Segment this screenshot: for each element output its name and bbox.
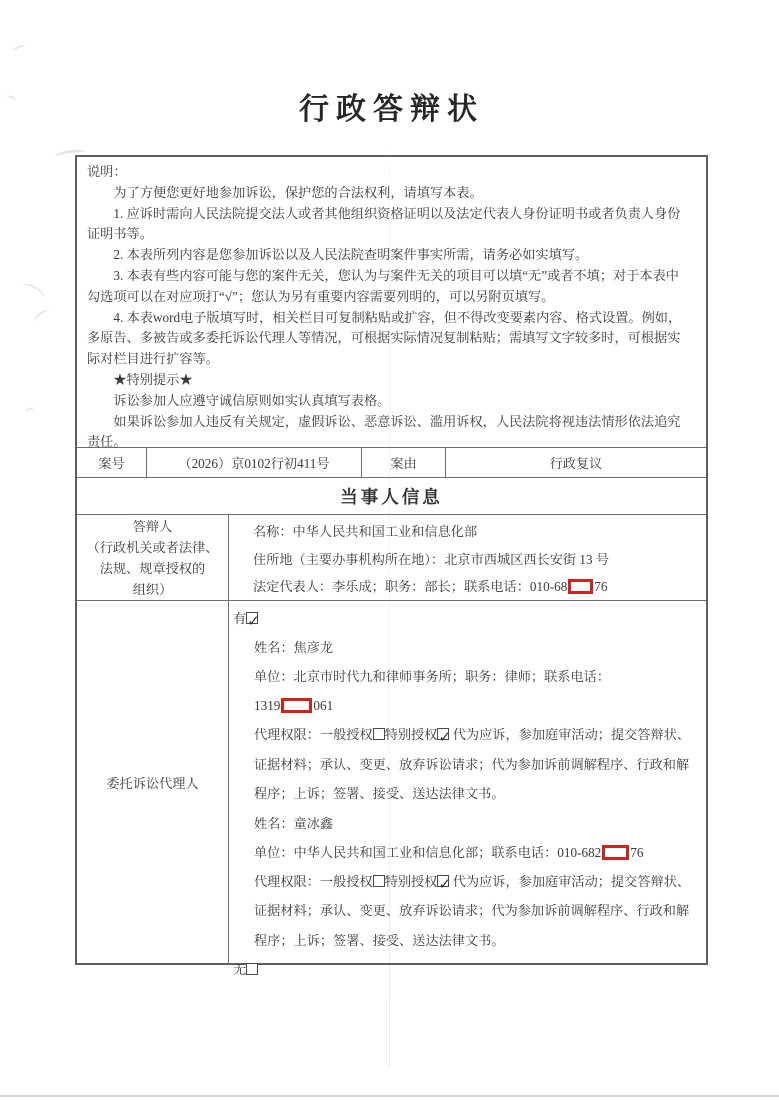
party-info-header: 当事人信息 [77, 478, 706, 515]
respondent-address: 住所地（主要办事机构所在地）：北京市西城区西长安街 13 号 [253, 546, 696, 574]
special-authorization-checkbox-checked [437, 875, 449, 887]
instructions-section: 说明： 为了方便您更好地参加诉讼，保护您的合法权利，请填写本表。 1. 应诉时需… [77, 157, 706, 448]
phone-redaction-box [281, 698, 312, 713]
special-authorization-checkbox-checked [437, 728, 449, 740]
phone-redaction-box [602, 845, 629, 860]
agent2-authority: 代理权限：一般授权特别授权 代为应诉，参加庭审活动；提交答辩状、证据材料；承认、… [254, 867, 697, 956]
scan-smudge [32, 308, 51, 325]
agents-details: 有 姓名：焦彦龙 单位：北京市时代九和律师事务所；职务：律师；联系电话： 131… [229, 601, 706, 965]
special-note-line-2: 如果诉讼参加人违反有关规定，虚假诉讼、恶意诉讼、滥用诉权，人民法院将视违法情形依… [87, 412, 692, 454]
respondent-name: 名称：中华人民共和国工业和信息化部 [253, 518, 696, 546]
no-agent-checkbox-unchecked [246, 963, 258, 975]
case-number-value: （2026）京0102行初411号 [147, 448, 362, 477]
has-agent-checkbox-checked [246, 612, 258, 624]
instruction-item-1: 1. 应诉时需向人民法院提交法人或者其他组织资格证明以及法定代表人身份证明书或者… [87, 204, 692, 246]
respondent-row: 答辩人 （行政机关或者法律、 法规、规章授权的 组织） 名称：中华人民共和国工业… [77, 515, 706, 601]
scan-smudge [19, 280, 48, 303]
instructions-label: 说明： [87, 162, 692, 183]
agent1-phone: 1319061 [254, 691, 697, 720]
agent2-name: 姓名：童冰鑫 [254, 809, 697, 838]
answer-form-table: 说明： 为了方便您更好地参加诉讼，保护您的合法权利，请填写本表。 1. 应诉时需… [75, 155, 708, 965]
cause-of-action-value: 行政复议 [446, 448, 706, 477]
case-number-row: 案号 （2026）京0102行初411号 案由 行政复议 [77, 448, 706, 478]
instruction-item-3: 3. 本表有些内容可能与您的案件无关，您认为与案件无关的项目可以填“无”或者不填… [87, 266, 692, 308]
has-agent-line: 有 [233, 604, 697, 633]
special-note-title: ★特别提示★ [87, 370, 692, 391]
agent1-name: 姓名：焦彦龙 [254, 633, 697, 662]
agent1-authority: 代理权限：一般授权特别授权 代为应诉，参加庭审活动；提交答辩状、证据材料；承认、… [254, 720, 697, 809]
agent2-org: 单位：中华人民共和国工业和信息化部；联系电话：010-68276 [254, 838, 697, 867]
general-authorization-checkbox-unchecked [373, 728, 385, 740]
agent1-org: 单位：北京市时代九和律师事务所；职务：律师；联系电话： [254, 662, 697, 691]
scan-smudge [5, 94, 16, 103]
scan-smudge [26, 407, 35, 413]
agents-row: 委托诉讼代理人 有 姓名：焦彦龙 单位：北京市时代九和律师事务所；职务：律师；联… [77, 601, 706, 965]
case-number-label: 案号 [77, 448, 147, 477]
cause-of-action-label: 案由 [362, 448, 446, 477]
scanned-document-page: 行政答辩状 说明： 为了方便您更好地参加诉讼，保护您的合法权利，请填写本表。 1… [0, 0, 779, 1101]
respondent-details: 名称：中华人民共和国工业和信息化部 住所地（主要办事机构所在地）：北京市西城区西… [229, 515, 706, 600]
phone-redaction-box [568, 579, 593, 594]
instruction-item-4: 4. 本表word电子版填写时，相关栏目可复制粘贴或扩容，但不得改变要素内容、格… [87, 308, 692, 370]
special-note-line-1: 诉讼参加人应遵守诚信原则如实认真填写表格。 [87, 391, 692, 412]
instruction-item-2: 2. 本表所列内容是您参加诉讼以及人民法院查明案件事实所需，请务必如实填写。 [87, 245, 692, 266]
no-agent-line: 无 [233, 955, 697, 984]
respondent-legal-rep: 法定代表人：李乐成；职务：部长；联系电话：010-6876 [253, 573, 696, 601]
general-authorization-checkbox-unchecked [373, 875, 385, 887]
scan-smudge [11, 44, 26, 54]
agents-label: 委托诉讼代理人 [77, 601, 229, 965]
respondent-label: 答辩人 （行政机关或者法律、 法规、规章授权的 组织） [77, 515, 229, 600]
form-title: 行政答辩状 [75, 84, 708, 128]
instructions-intro: 为了方便您更好地参加诉讼，保护您的合法权利，请填写本表。 [87, 183, 692, 204]
scan-page-edge [0, 1095, 779, 1097]
